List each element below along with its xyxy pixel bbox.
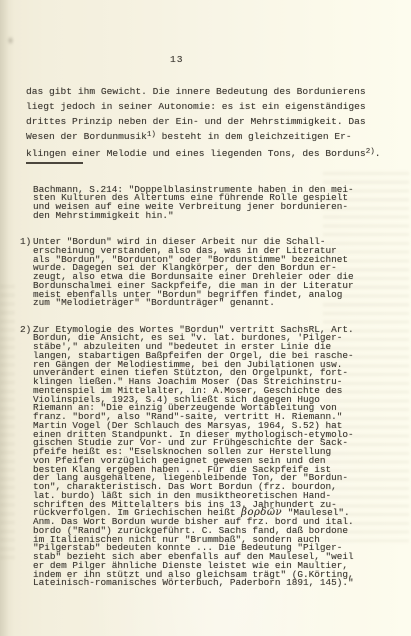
footnote-2: 2)Zur Etymologie des Wortes "Bordun" ver…	[20, 326, 400, 589]
footnote-1: 1)Unter "Bordun" wird in dieser Arbeit n…	[20, 238, 400, 308]
footnote-ref-2: 2)	[366, 145, 375, 160]
footnote-2-text-after-greek: "Maulesel". Anm. Das Wort Bordun wurde b…	[33, 507, 354, 588]
body-text-part3: .	[375, 148, 381, 159]
footnote-continuation-text: Bachmann, S.214: "Doppelblasinstrumente …	[33, 184, 354, 221]
footnote-2-text-before-greek: Zur Etymologie des Wortes "Bordun" vertr…	[33, 324, 354, 519]
page-number: 13	[170, 54, 184, 65]
footnote-continuation: Bachmann, S.214: "Doppelblasinstrumente …	[20, 186, 400, 221]
footnote-separator-rule	[26, 162, 83, 164]
footnote-block: Bachmann, S.214: "Doppelblasinstrumente …	[20, 168, 400, 606]
footnote-ref-1: 1)	[147, 128, 156, 143]
scanned-page: 13 das gibt ihm Gewicht. Die innere Bede…	[0, 0, 411, 636]
body-paragraph: das gibt ihm Gewicht. Die innere Bedeutu…	[26, 84, 396, 163]
footnote-2-number: 2)	[20, 326, 31, 335]
ink-bleedthrough-left	[0, 285, 15, 565]
footnote-1-text: Unter "Bordun" wird in dieser Arbeit nur…	[33, 236, 354, 308]
scan-smudge	[7, 36, 14, 45]
footnote-1-number: 1)	[20, 238, 31, 247]
